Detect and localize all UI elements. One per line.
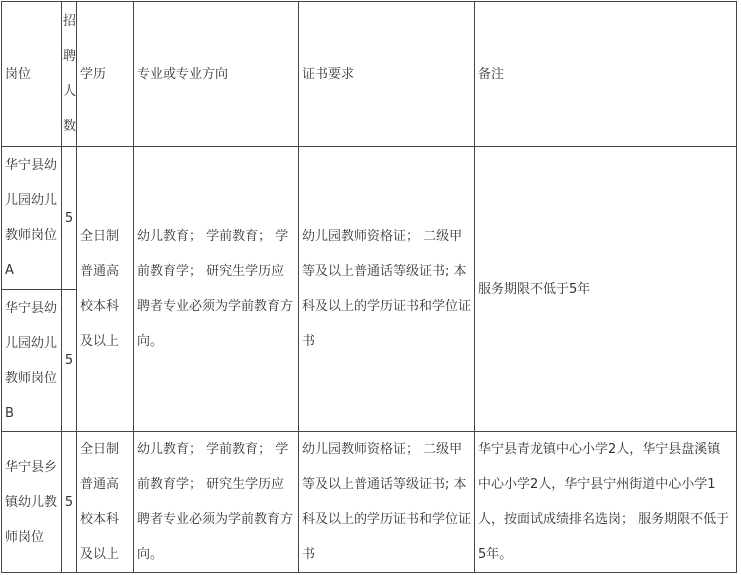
cell-notes-township: 华宁县青龙镇中心小学2人，华宁县盘溪镇中心小学2人，华宁县宁州街道中心小学1人，…: [475, 432, 737, 573]
header-position: 岗位: [2, 2, 62, 147]
header-education: 学历: [77, 2, 134, 147]
cell-certificates-merged: 幼儿园教师资格证； 二级甲等及以上普通话等级证书; 本科及以上的学历证书和学位证…: [299, 147, 475, 432]
header-notes: 备注: [475, 2, 737, 147]
row-township: 华宁县乡镇幼儿教师岗位 5 全日制普通高校本科及以上 幼儿教育； 学前教育； 学…: [2, 432, 737, 573]
header-headcount: 招聘人数: [62, 2, 77, 147]
cell-position-b: 华宁县幼儿园幼儿教师岗位B: [2, 290, 62, 432]
cell-headcount-b: 5: [62, 290, 77, 432]
recruitment-table: 岗位 招聘人数 学历 专业或专业方向 证书要求 备注 华宁县幼儿园幼儿教师岗位A…: [1, 1, 737, 573]
cell-major-merged: 幼儿教育； 学前教育； 学前教育学； 研究生学历应聘者专业必须为学前教育方向。: [134, 147, 299, 432]
header-row: 岗位 招聘人数 学历 专业或专业方向 证书要求 备注: [2, 2, 737, 147]
cell-position-township: 华宁县乡镇幼儿教师岗位: [2, 432, 62, 573]
cell-position-a: 华宁县幼儿园幼儿教师岗位A: [2, 147, 62, 290]
cell-education-merged: 全日制普通高校本科及以上: [77, 147, 134, 432]
cell-certificates-township: 幼儿园教师资格证； 二级甲等及以上普通话等级证书; 本科及以上的学历证书和学位证…: [299, 432, 475, 573]
cell-education-township: 全日制普通高校本科及以上: [77, 432, 134, 573]
header-certificates: 证书要求: [299, 2, 475, 147]
row-kindergarten-a: 华宁县幼儿园幼儿教师岗位A 5 全日制普通高校本科及以上 幼儿教育； 学前教育；…: [2, 147, 737, 290]
cell-headcount-township: 5: [62, 432, 77, 573]
header-major: 专业或专业方向: [134, 2, 299, 147]
cell-headcount-a: 5: [62, 147, 77, 290]
cell-major-township: 幼儿教育； 学前教育； 学前教育学； 研究生学历应聘者专业必须为学前教育方向。: [134, 432, 299, 573]
cell-notes-merged: 服务期限不低于5年: [475, 147, 737, 432]
